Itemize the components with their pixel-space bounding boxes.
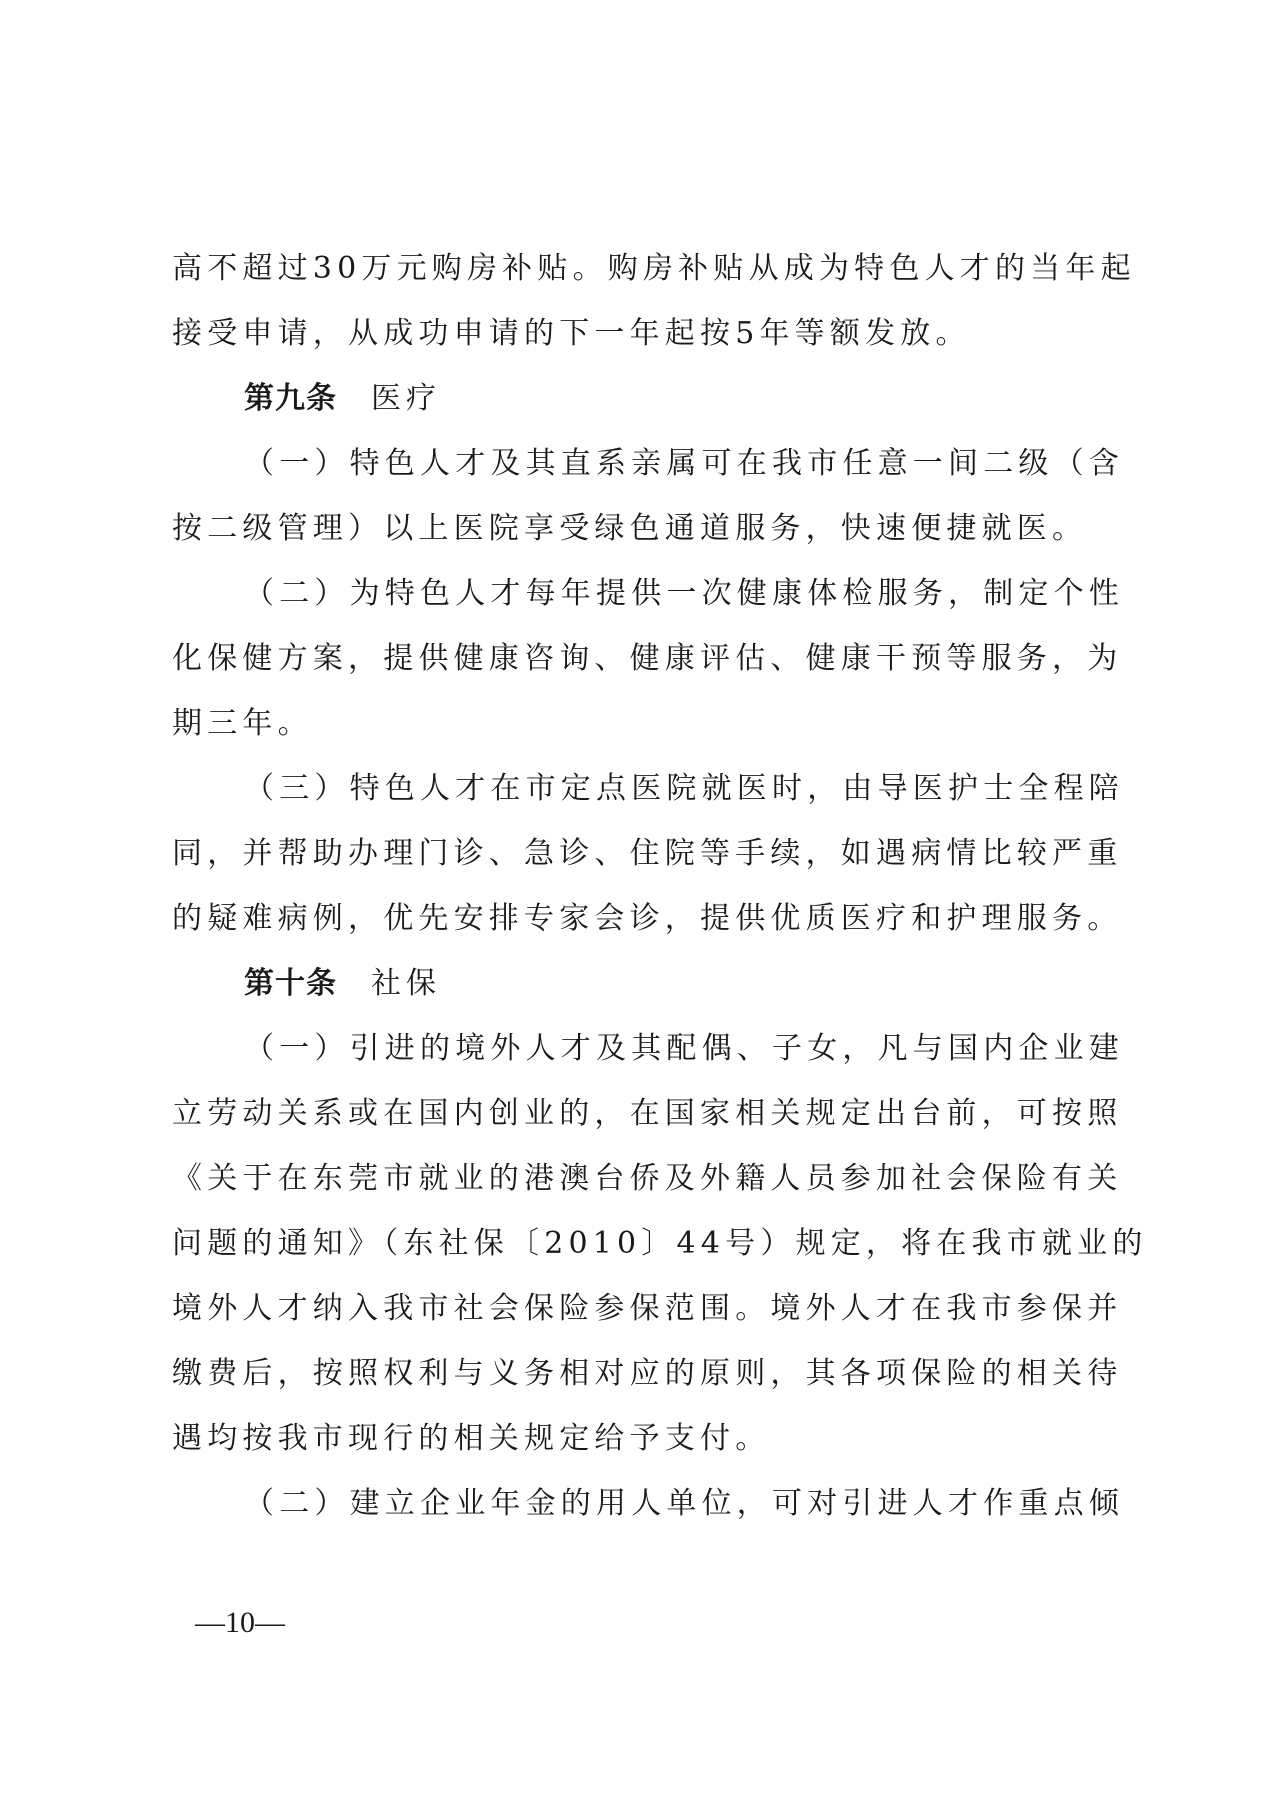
paragraph-line: 的疑难病例，优先安排专家会诊，提供优质医疗和护理服务。: [172, 886, 1116, 951]
paragraph-line: 《关于在东莞市就业的港澳台侨及外籍人员参加社会保险有关: [172, 1146, 1116, 1211]
paragraph-line: 缴费后，按照权利与义务相对应的原则，其各项保险的相关待: [172, 1341, 1116, 1406]
paragraph-line: 接受申请，从成功申请的下一年起按5年等额发放。: [172, 301, 1116, 366]
paragraph-line: 同，并帮助办理门诊、急诊、住院等手续，如遇病情比较严重: [172, 821, 1116, 886]
paragraph-line: （二）建立企业年金的用人单位，可对引进人才作重点倾: [172, 1471, 1116, 1536]
article-title: 医疗: [371, 381, 441, 416]
paragraph-line: （三）特色人才在市定点医院就医时，由导医护士全程陪: [172, 756, 1116, 821]
page-number: —10—: [195, 1606, 285, 1640]
paragraph-line: 立劳动关系或在国内创业的，在国家相关规定出台前，可按照: [172, 1081, 1116, 1146]
paragraph-line: 遇均按我市现行的相关规定给予支付。: [172, 1406, 1116, 1471]
article-number: 第十条: [244, 966, 337, 1001]
paragraph-line: 化保健方案，提供健康咨询、健康评估、健康干预等服务，为: [172, 626, 1116, 691]
paragraph-line: （一）特色人才及其直系亲属可在我市任意一间二级（含: [172, 431, 1116, 496]
article-10-heading: 第十条社保: [172, 951, 1116, 1016]
document-page: 高不超过30万元购房补贴。购房补贴从成为特色人才的当年起 接受申请，从成功申请的…: [0, 0, 1280, 1810]
document-body: 高不超过30万元购房补贴。购房补贴从成为特色人才的当年起 接受申请，从成功申请的…: [172, 236, 1116, 1536]
article-title: 社保: [371, 966, 441, 1001]
paragraph-line: 按二级管理）以上医院享受绿色通道服务，快速便捷就医。: [172, 496, 1116, 561]
article-number: 第九条: [244, 381, 337, 416]
paragraph-line: 期三年。: [172, 691, 1116, 756]
paragraph-line: 境外人才纳入我市社会保险参保范围。境外人才在我市参保并: [172, 1276, 1116, 1341]
paragraph-line: 问题的通知》（东社保〔2010〕44号）规定，将在我市就业的: [172, 1211, 1116, 1276]
article-9-heading: 第九条医疗: [172, 366, 1116, 431]
paragraph-line: （一）引进的境外人才及其配偶、子女，凡与国内企业建: [172, 1016, 1116, 1081]
paragraph-line: （二）为特色人才每年提供一次健康体检服务，制定个性: [172, 561, 1116, 626]
paragraph-line: 高不超过30万元购房补贴。购房补贴从成为特色人才的当年起: [172, 236, 1116, 301]
